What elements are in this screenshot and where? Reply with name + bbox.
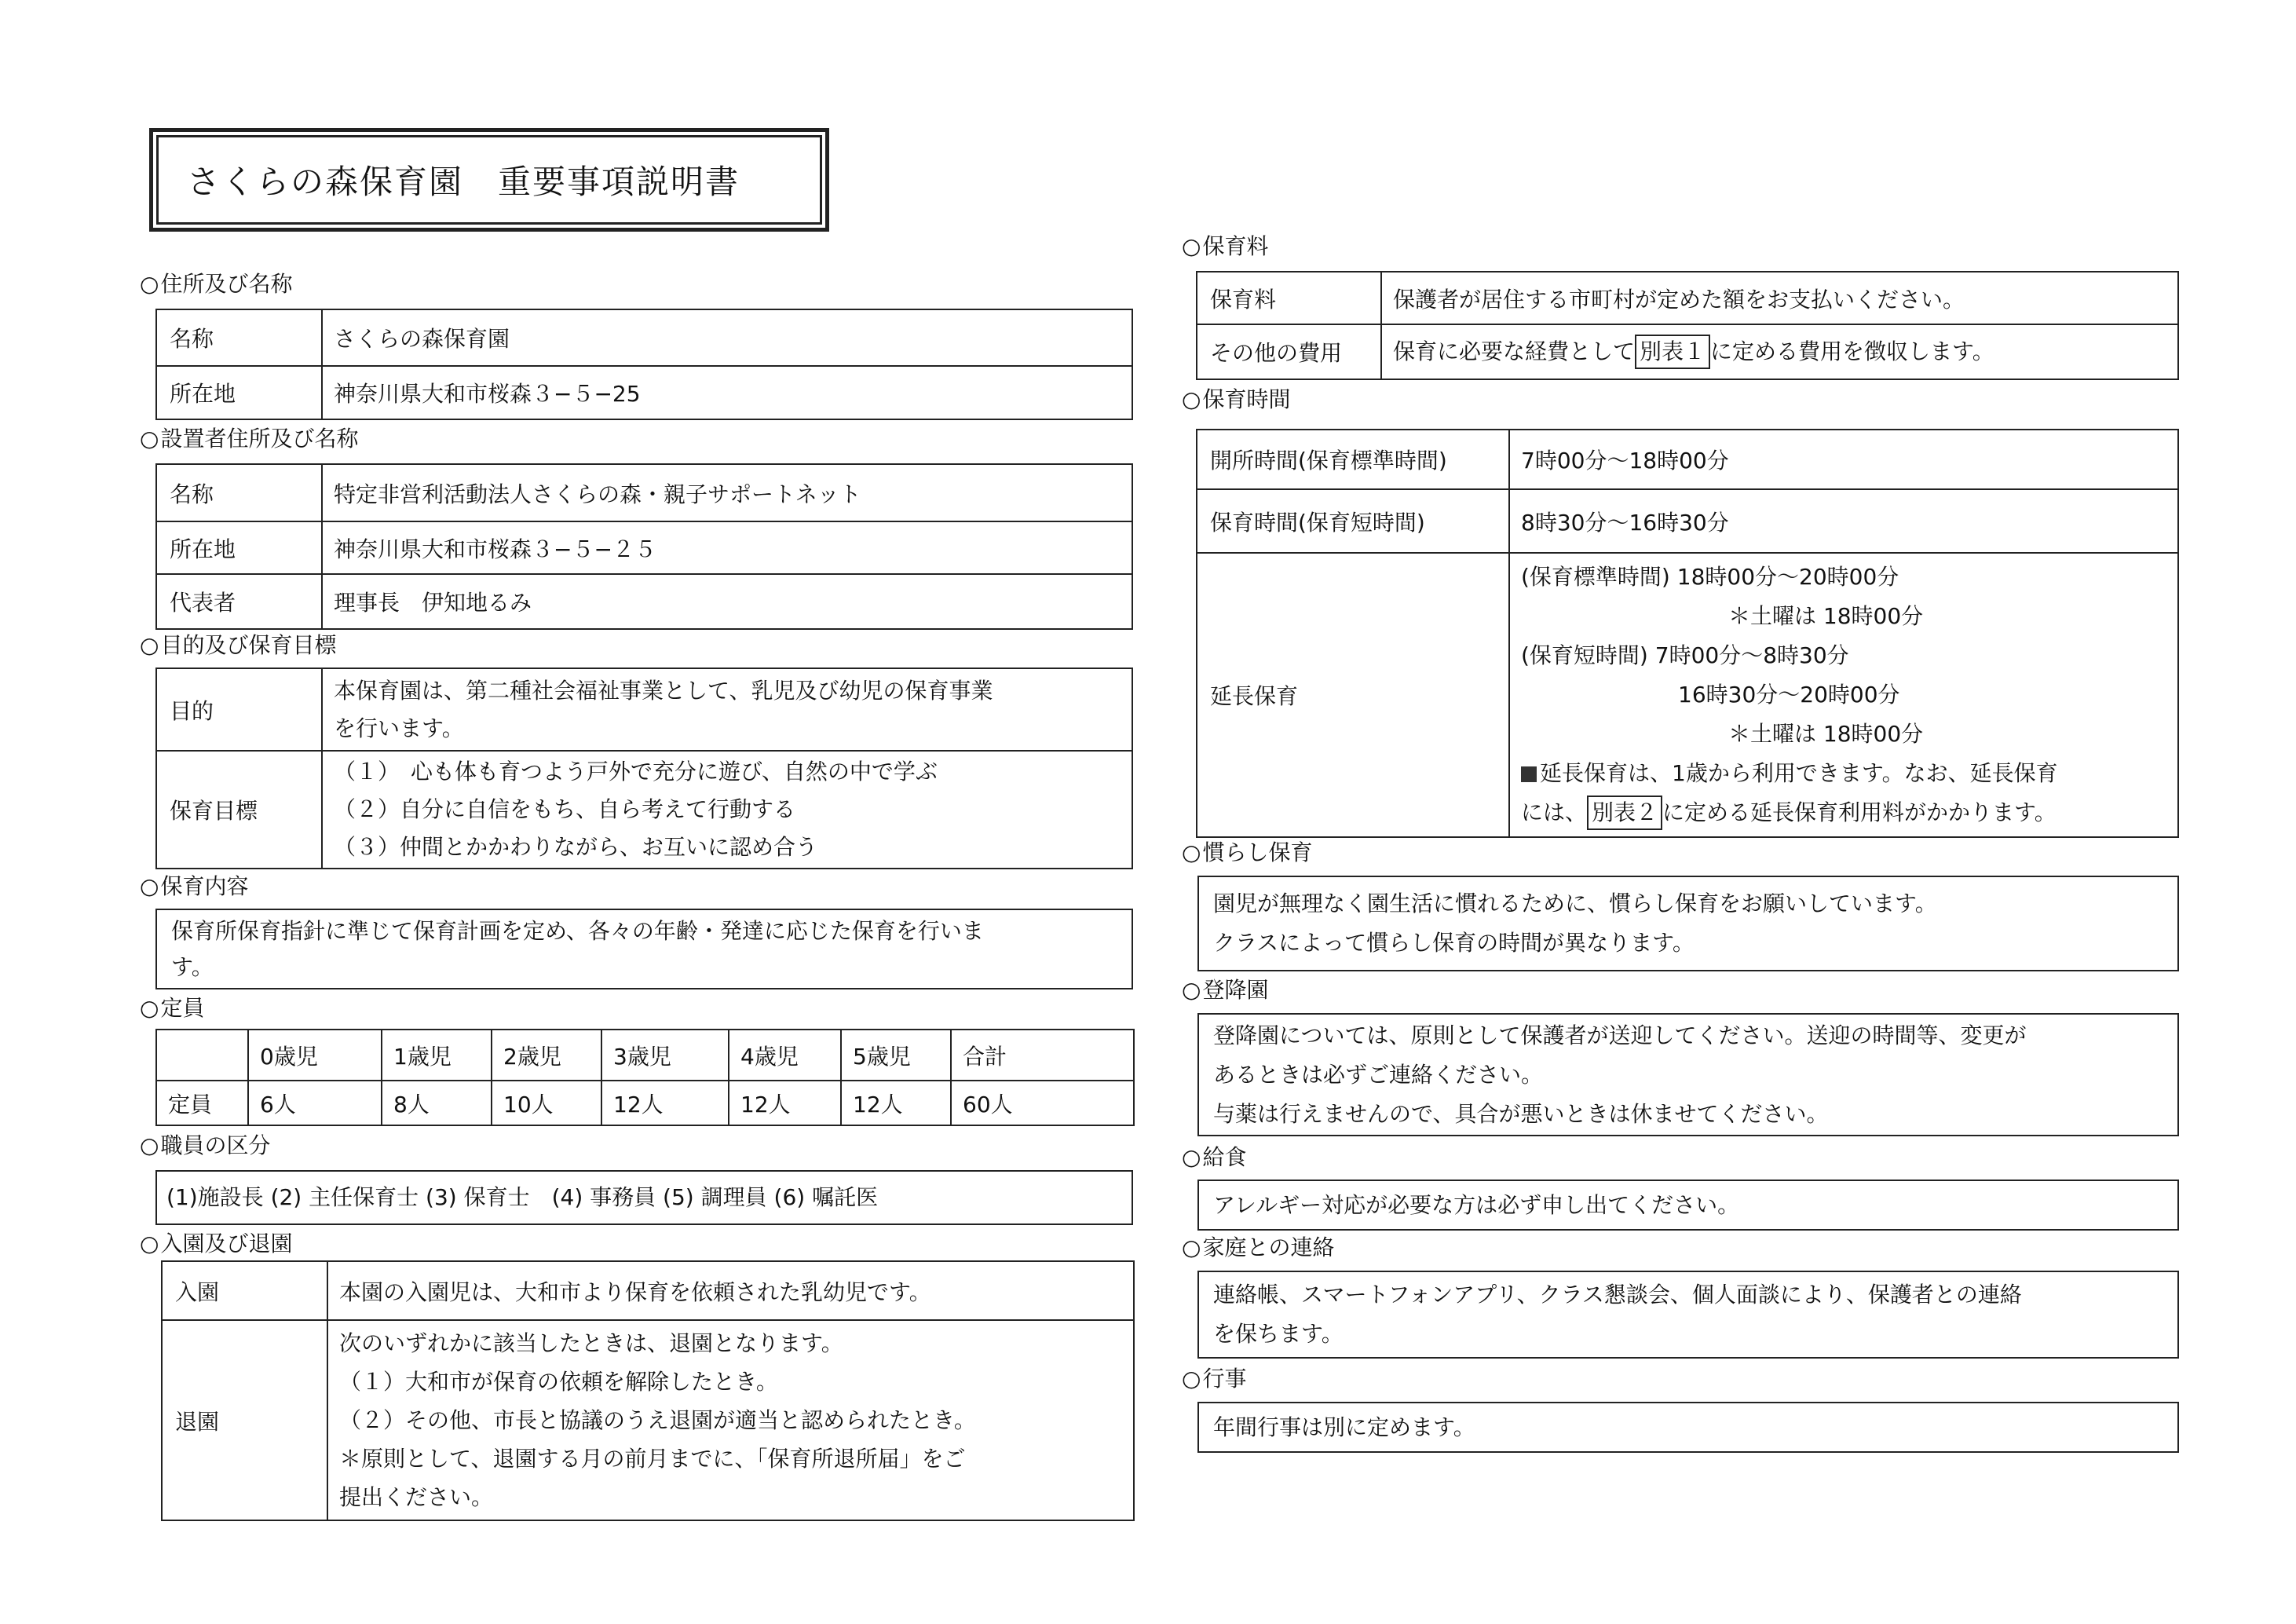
- capacity-cell: 6人: [248, 1081, 382, 1125]
- goal-item: （１） 心も体も育つよう戸外で充分に遊び、自然の中で学ぶ: [334, 753, 1121, 791]
- commute-box: 登降園については、原則として保護者が送迎してください。送迎の時間等、変更が ある…: [1197, 1013, 2179, 1136]
- row-value: 本保育園は、第二種社会福祉事業として、乳児及び幼児の保育事業 を行います。: [322, 668, 1132, 751]
- row-label: 所在地: [156, 521, 322, 574]
- text-line: 連絡帳、スマートフォンアプリ、クラス懇談会、個人面談により、保護者との連絡: [1213, 1275, 2163, 1315]
- section-heading-purpose: 目的及び保育目標: [140, 633, 336, 658]
- column-header: 2歳児: [492, 1030, 601, 1081]
- column-header: 合計: [951, 1030, 1134, 1081]
- row-value: 本園の入園児は、大和市より保育を依頼された乳幼児です。: [327, 1261, 1134, 1320]
- table-row: 保育料 保護者が居住する市町村が定めた額をお支払いください。: [1197, 272, 2178, 324]
- row-label: 保育料: [1197, 272, 1381, 324]
- table-row: 所在地 神奈川県大和市桜森３−５−２５: [156, 521, 1132, 574]
- text-line: クラスによって慣らし保育の時間が異なります。: [1213, 924, 2163, 963]
- row-label: その他の費用: [1197, 324, 1381, 379]
- text-line: には、別表２に定める延長保育利用料がかかります。: [1521, 793, 2166, 832]
- row-value: さくらの森保育園: [322, 309, 1132, 366]
- row-label: 退園: [162, 1320, 327, 1520]
- row-value: 神奈川県大和市桜森３−５−25: [322, 366, 1132, 419]
- section-heading-admission: 入園及び退園: [140, 1231, 292, 1256]
- text-line: を保ちます。: [1213, 1315, 2163, 1354]
- table-row: 退園 次のいずれかに該当したときは、退園となります。 （１）大和市が保育の依頼を…: [162, 1320, 1134, 1520]
- text-line: 園児が無理なく園生活に慣れるために、慣らし保育をお願いしています。: [1213, 884, 2163, 924]
- text-line: す。: [171, 949, 1117, 986]
- capacity-cell: 8人: [382, 1081, 492, 1125]
- row-value: 次のいずれかに該当したときは、退園となります。 （１）大和市が保育の依頼を解除し…: [327, 1320, 1134, 1520]
- table-row: 定員 6人 8人 10人 12人 12人 12人 60人: [156, 1081, 1134, 1125]
- family-box: 連絡帳、スマートフォンアプリ、クラス懇談会、個人面談により、保護者との連絡 を保…: [1197, 1271, 2179, 1359]
- row-value: 保護者が居住する市町村が定めた額をお支払いください。: [1381, 272, 2178, 324]
- text-line: （２）その他、市長と協議のうえ退園が適当と認められたとき。: [339, 1401, 1122, 1439]
- events-box: 年間行事は別に定めます。: [1197, 1402, 2179, 1453]
- column-header: 4歳児: [729, 1030, 841, 1081]
- text-line: (保育標準時間) 18時00分〜20時00分: [1521, 558, 2166, 597]
- text-line: を行います。: [334, 710, 1121, 748]
- text-line: 提出ください。: [339, 1478, 1122, 1516]
- row-label: 開所時間(保育標準時間): [1197, 430, 1509, 489]
- goal-item: （２）自分に自信をもち、自ら考えて行動する: [334, 791, 1121, 828]
- row-label: 延長保育: [1197, 553, 1509, 837]
- text-line: 与薬は行えませんので、具合が悪いときは休ませてください。: [1213, 1095, 2163, 1134]
- text-segment: には、: [1521, 799, 1587, 825]
- adjustment-box: 園児が無理なく園生活に慣れるために、慣らし保育をお願いしています。 クラスによっ…: [1197, 876, 2179, 971]
- section-heading-commute: 登降園: [1182, 978, 1268, 1003]
- table-header-row: 0歳児 1歳児 2歳児 3歳児 4歳児 5歳児 合計: [156, 1030, 1134, 1081]
- table-row: 代表者 理事長 伊知地るみ: [156, 574, 1132, 629]
- row-label: 代表者: [156, 574, 322, 629]
- table-row: 入園 本園の入園児は、大和市より保育を依頼された乳幼児です。: [162, 1261, 1134, 1320]
- row-label: 名称: [156, 309, 322, 366]
- text-line: アレルギー対応が必要な方は必ず申し出てください。: [1213, 1186, 2163, 1225]
- table-row: 名称 特定非営利活動法人さくらの森・親子サポートネット: [156, 464, 1132, 521]
- text-line: 保育所保育指針に準じて保育計画を定め、各々の年齢・発達に応じた保育を行いま: [171, 913, 1117, 949]
- column-header: 1歳児: [382, 1030, 492, 1081]
- row-value: 特定非営利活動法人さくらの森・親子サポートネット: [322, 464, 1132, 521]
- capacity-cell: 12人: [841, 1081, 951, 1125]
- column-header: [156, 1030, 248, 1081]
- column-header: 0歳児: [248, 1030, 382, 1081]
- table-row: 開所時間(保育標準時間) 7時00分〜18時00分: [1197, 430, 2178, 489]
- section-heading-founder: 設置者住所及び名称: [140, 426, 358, 452]
- row-label: 名称: [156, 464, 322, 521]
- section-heading-content: 保育内容: [140, 874, 248, 899]
- section-heading-staff: 職員の区分: [140, 1133, 270, 1158]
- text-line: ＊原則として、退園する月の前月までに、「保育所退所届」をご: [339, 1439, 1122, 1478]
- row-value: 理事長 伊知地るみ: [322, 574, 1132, 629]
- row-value: 7時00分〜18時00分: [1509, 430, 2178, 489]
- row-label: 所在地: [156, 366, 322, 419]
- founder-table: 名称 特定非営利活動法人さくらの森・親子サポートネット 所在地 神奈川県大和市桜…: [155, 463, 1133, 630]
- capacity-cell: 12人: [601, 1081, 729, 1125]
- row-label: 保育目標: [156, 751, 322, 869]
- capacity-table: 0歳児 1歳児 2歳児 3歳児 4歳児 5歳児 合計 定員 6人 8人 10人 …: [155, 1029, 1135, 1126]
- text-line: 延長保育は、1歳から利用できます。なお、延長保育: [1521, 754, 2166, 793]
- document-title-frame: さくらの森保育園 重要事項説明書: [149, 128, 829, 232]
- section-heading-capacity: 定員: [140, 996, 204, 1021]
- hours-table: 開所時間(保育標準時間) 7時00分〜18時00分 保育時間(保育短時間) 8時…: [1196, 429, 2179, 838]
- text-line: （１）大和市が保育の依頼を解除したとき。: [339, 1362, 1122, 1401]
- row-label: 入園: [162, 1261, 327, 1320]
- row-value: (保育標準時間) 18時00分〜20時00分 ＊土曜は 18時00分 (保育短時…: [1509, 553, 2178, 837]
- row-label: 保育時間(保育短時間): [1197, 489, 1509, 553]
- text-line: 16時30分〜20時00分: [1521, 675, 2166, 715]
- row-label: 定員: [156, 1081, 248, 1125]
- section-heading-family: 家庭との連絡: [1182, 1235, 1334, 1260]
- section-heading-events: 行事: [1182, 1366, 1246, 1392]
- capacity-cell: 10人: [492, 1081, 601, 1125]
- table-row: 名称 さくらの森保育園: [156, 309, 1132, 366]
- section-heading-adjustment: 慣らし保育: [1182, 840, 1312, 865]
- table-row: 保育時間(保育短時間) 8時30分〜16時30分: [1197, 489, 2178, 553]
- text-segment: に定める延長保育利用料がかかります。: [1662, 799, 2057, 825]
- section-heading-fee: 保育料: [1182, 234, 1268, 259]
- table-row: その他の費用 保育に必要な経費として別表１に定める費用を徴収します。: [1197, 324, 2178, 379]
- text-line: 本保育園は、第二種社会福祉事業として、乳児及び幼児の保育事業: [334, 672, 1121, 710]
- text-line: 年間行事は別に定めます。: [1213, 1408, 2163, 1447]
- text-segment: 保育に必要な経費として: [1393, 338, 1635, 364]
- staff-box: (1)施設長 (2) 主任保育士 (3) 保育士 (4) 事務員 (5) 調理員…: [155, 1170, 1133, 1225]
- appendix-2-reference: 別表２: [1587, 796, 1662, 830]
- text-segment: に定める費用を徴収します。: [1710, 338, 1994, 364]
- section-heading-address: 住所及び名称: [140, 272, 292, 297]
- document-title: さくらの森保育園 重要事項説明書: [156, 135, 822, 225]
- row-value: 神奈川県大和市桜森３−５−２５: [322, 521, 1132, 574]
- goal-item: （３）仲間とかかわりながら、お互いに認め合う: [334, 828, 1121, 866]
- fee-table: 保育料 保護者が居住する市町村が定めた額をお支払いください。 その他の費用 保育…: [1196, 271, 2179, 380]
- square-bullet-icon: [1521, 766, 1537, 782]
- row-value: （１） 心も体も育つよう戸外で充分に遊び、自然の中で学ぶ （２）自分に自信をもち…: [322, 751, 1132, 869]
- content-box: 保育所保育指針に準じて保育計画を定め、各々の年齢・発達に応じた保育を行いま す。: [155, 909, 1133, 989]
- address-table: 名称 さくらの森保育園 所在地 神奈川県大和市桜森３−５−25: [155, 309, 1133, 420]
- table-row: 所在地 神奈川県大和市桜森３−５−25: [156, 366, 1132, 419]
- column-header: 5歳児: [841, 1030, 951, 1081]
- capacity-total-cell: 60人: [951, 1081, 1134, 1125]
- section-heading-meals: 給食: [1182, 1145, 1246, 1170]
- staff-list: (1)施設長 (2) 主任保育士 (3) 保育士 (4) 事務員 (5) 調理員…: [166, 1178, 1117, 1217]
- row-label: 目的: [156, 668, 322, 751]
- purpose-table: 目的 本保育園は、第二種社会福祉事業として、乳児及び幼児の保育事業 を行います。…: [155, 668, 1133, 869]
- capacity-cell: 12人: [729, 1081, 841, 1125]
- table-row: 保育目標 （１） 心も体も育つよう戸外で充分に遊び、自然の中で学ぶ （２）自分に…: [156, 751, 1132, 869]
- row-value: 8時30分〜16時30分: [1509, 489, 2178, 553]
- column-header: 3歳児: [601, 1030, 729, 1081]
- text-line: 登降園については、原則として保護者が送迎してください。送迎の時間等、変更が: [1213, 1016, 2163, 1055]
- table-row: 延長保育 (保育標準時間) 18時00分〜20時00分 ＊土曜は 18時00分 …: [1197, 553, 2178, 837]
- table-row: 目的 本保育園は、第二種社会福祉事業として、乳児及び幼児の保育事業 を行います。: [156, 668, 1132, 751]
- admission-table: 入園 本園の入園児は、大和市より保育を依頼された乳幼児です。 退園 次のいずれか…: [161, 1260, 1135, 1521]
- row-value: 保育に必要な経費として別表１に定める費用を徴収します。: [1381, 324, 2178, 379]
- text-line: (保育短時間) 7時00分〜8時30分: [1521, 636, 2166, 675]
- text-line: ＊土曜は 18時00分: [1521, 715, 2166, 754]
- text-line: あるときは必ずご連絡ください。: [1213, 1055, 2163, 1095]
- meals-box: アレルギー対応が必要な方は必ず申し出てください。: [1197, 1180, 2179, 1231]
- text-line: ＊土曜は 18時00分: [1521, 597, 2166, 636]
- text-segment: 延長保育は、1歳から利用できます。なお、延長保育: [1540, 760, 2058, 786]
- section-heading-hours: 保育時間: [1182, 387, 1290, 412]
- appendix-1-reference: 別表１: [1635, 335, 1710, 369]
- text-line: 次のいずれかに該当したときは、退園となります。: [339, 1324, 1122, 1362]
